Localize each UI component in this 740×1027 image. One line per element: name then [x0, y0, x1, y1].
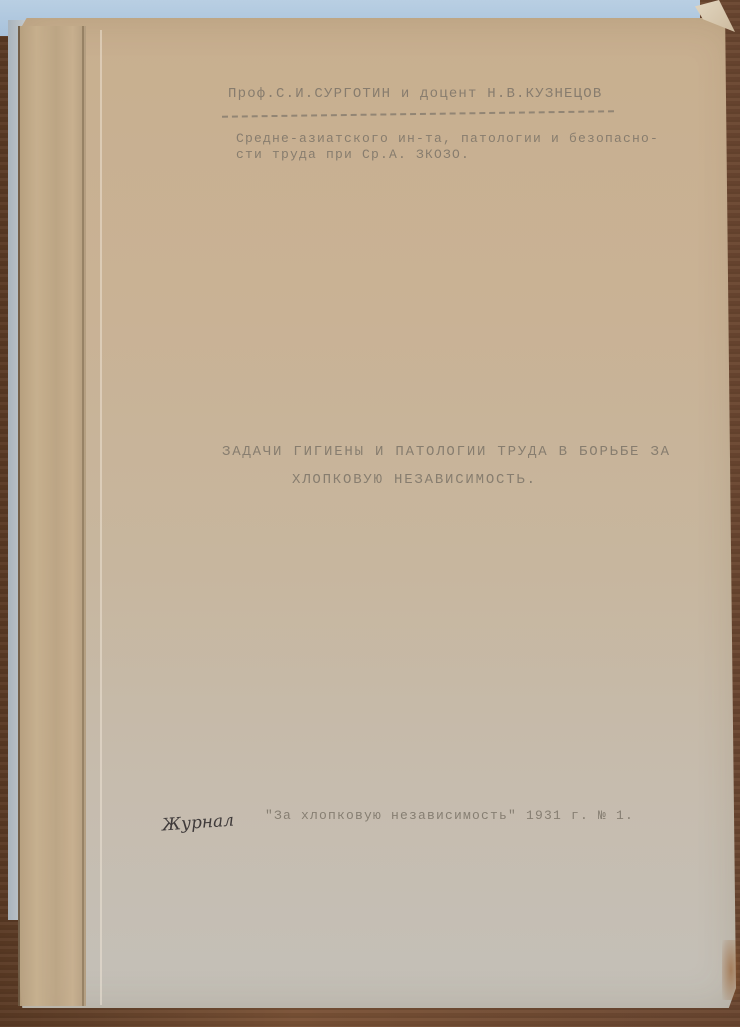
paper-stain	[722, 940, 740, 1000]
title-line-1: ЗАДАЧИ ГИГИЕНЫ И ПАТОЛОГИИ ТРУДА В БОРЬБ…	[222, 444, 671, 460]
document-page	[18, 18, 736, 1008]
journal-reference: "За хлопковую независимость" 1931 г. № 1…	[265, 808, 634, 823]
title-line-2: ХЛОПКОВУЮ НЕЗАВИСИМОСТЬ.	[292, 472, 537, 488]
paper-binding-strip	[18, 26, 86, 1006]
paper-fold-line	[100, 30, 102, 1005]
institution-line-2: сти труда при Ср.А. ЗКОЗО.	[236, 147, 470, 162]
binding-edge	[82, 26, 84, 1006]
authors-line: Проф.С.И.СУРГОТИН и доцент Н.В.КУЗНЕЦОВ	[228, 86, 602, 102]
institution-line-1: Средне-азиатского ин-та, патологии и без…	[236, 131, 659, 146]
